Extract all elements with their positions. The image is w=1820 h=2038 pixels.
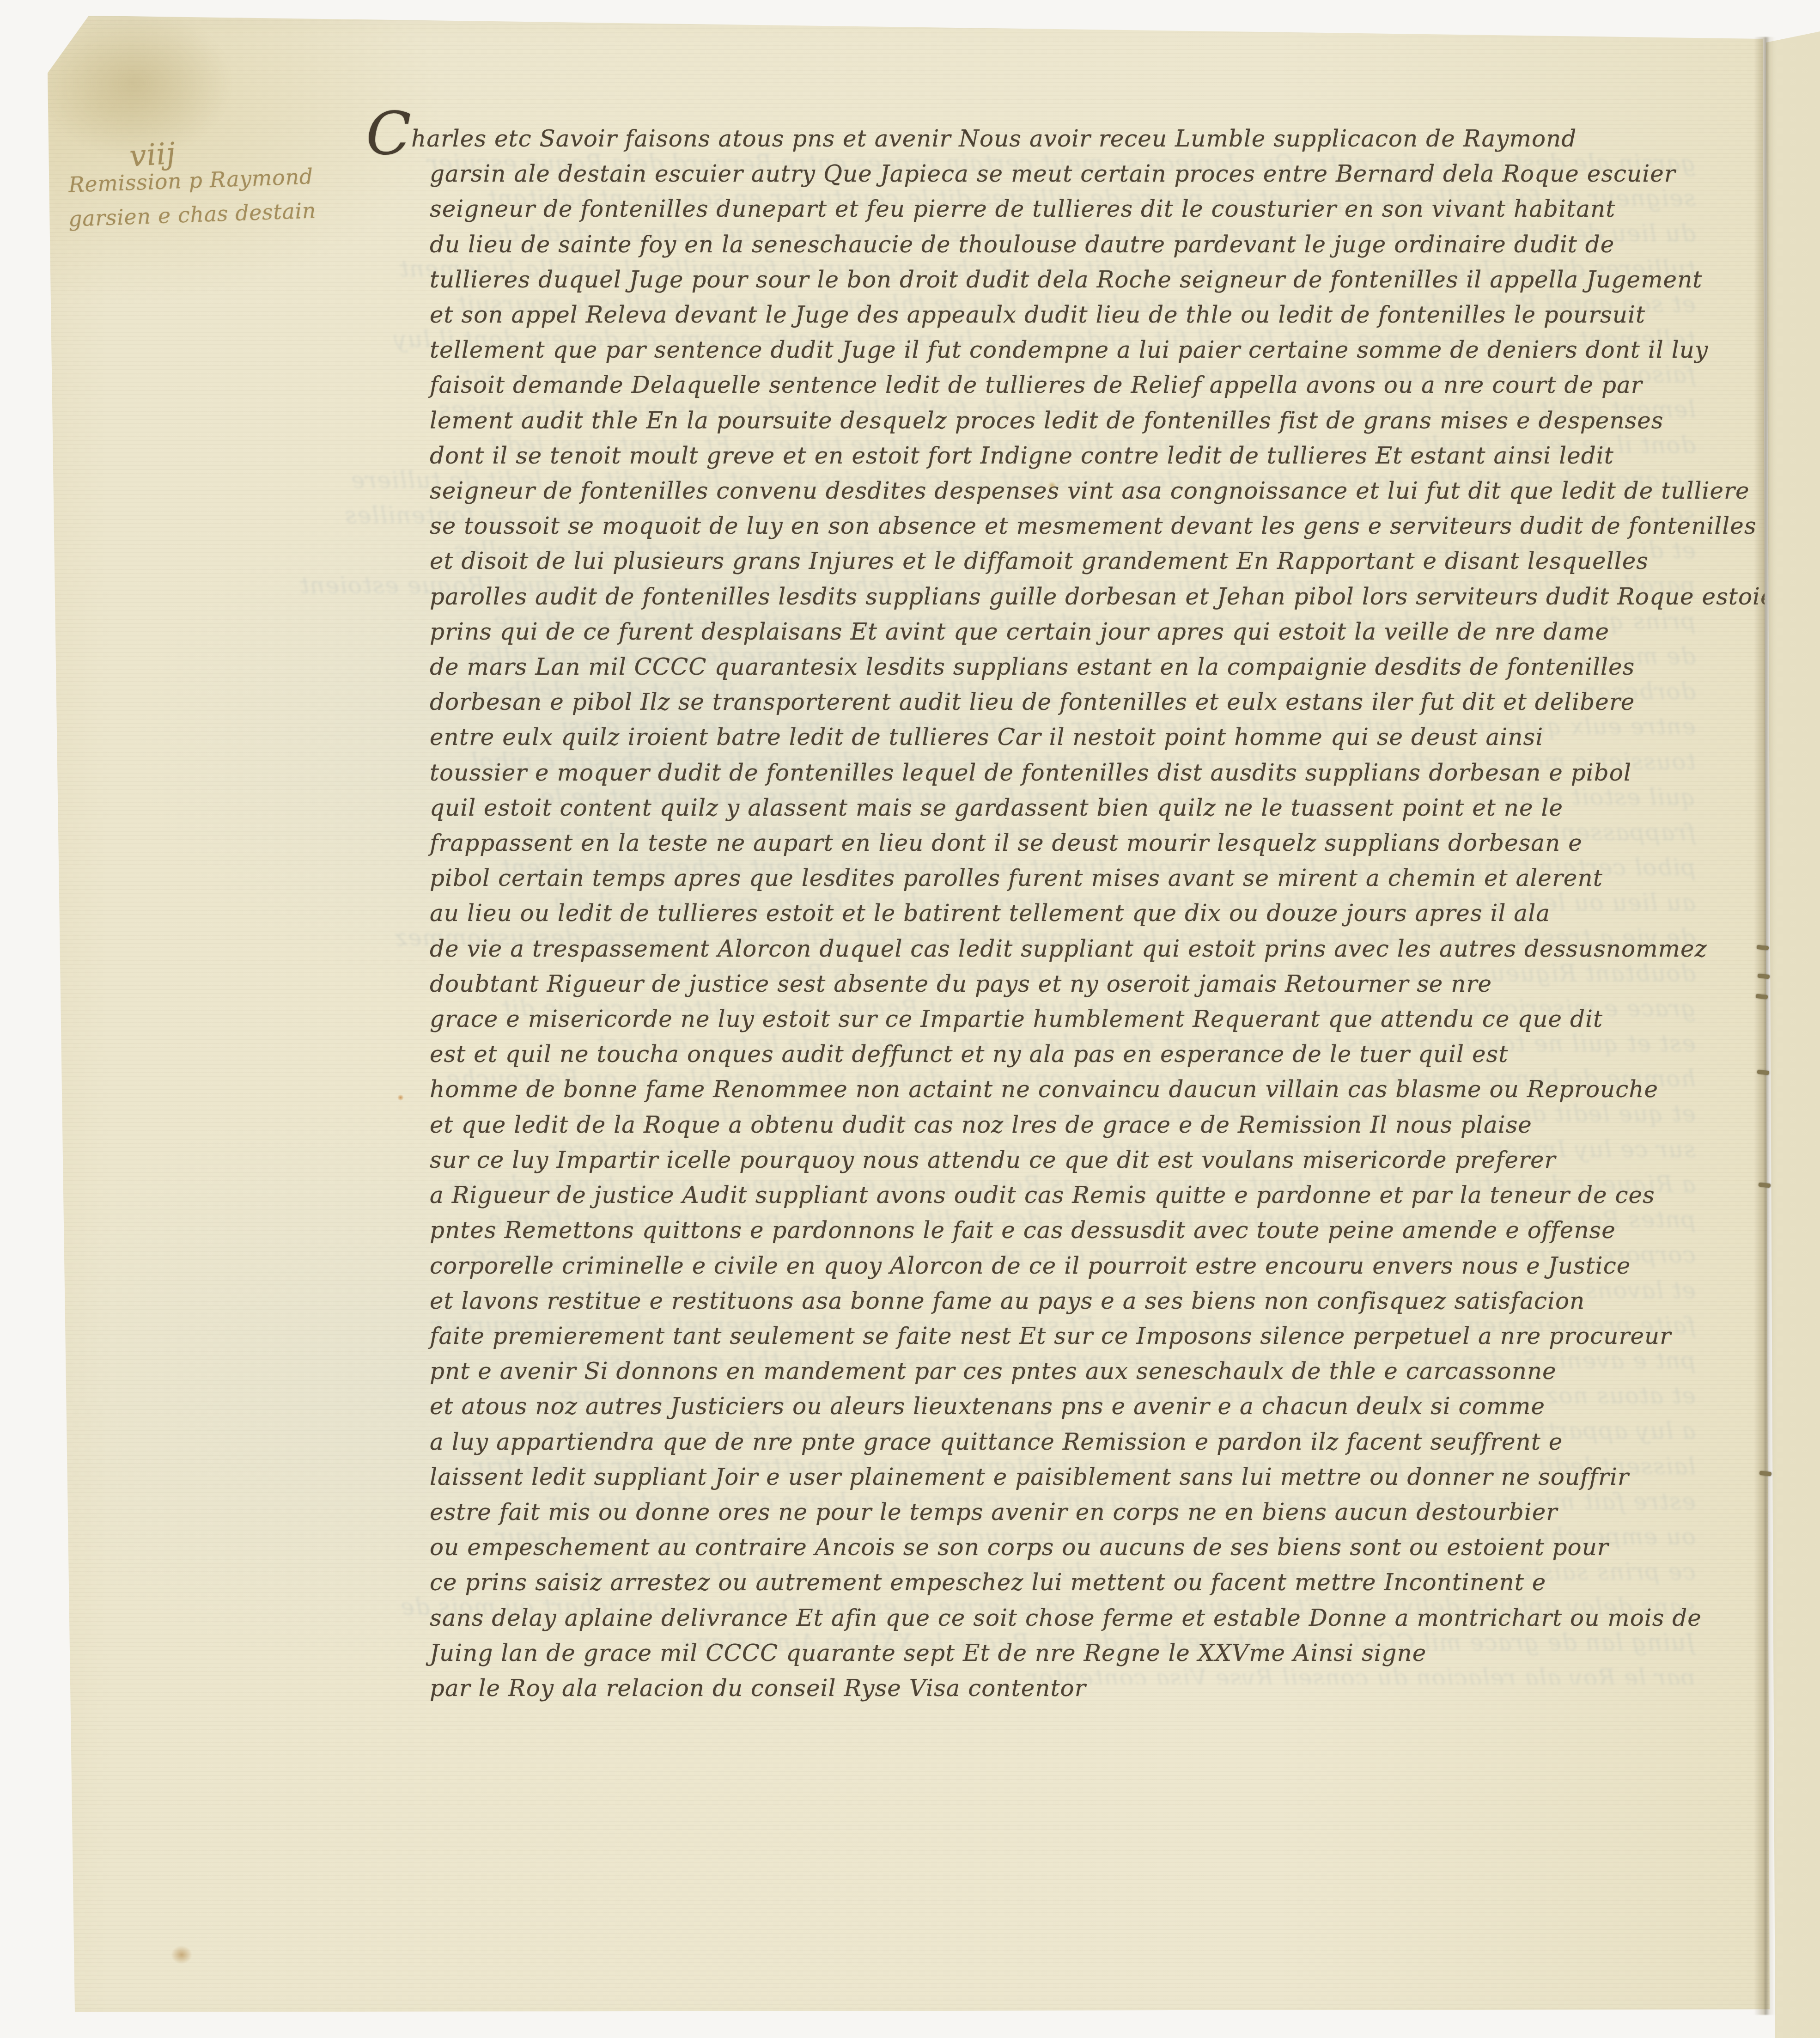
letter-line: et disoit de lui plusieurs grans Injures…	[430, 543, 1650, 579]
letter-line: prins qui de ce furent desplaisans Et av…	[430, 614, 1650, 649]
letter-line: toussier e moquer dudit de fontenilles l…	[430, 755, 1650, 790]
letter-line: ce prins saisiz arrestez ou autrement em…	[430, 1565, 1650, 1600]
first-line-text: harles etc Savoir faisons atous pns et a…	[411, 125, 1577, 152]
letter-line: frappassent en la teste ne aupart en lie…	[430, 825, 1650, 860]
letter-line: doubtant Rigueur de justice sest absente…	[430, 966, 1650, 1001]
letter-line: laissent ledit suppliant Joir e user pla…	[430, 1459, 1650, 1495]
letter-line: grace e misericorde ne luy estoit sur ce…	[430, 1001, 1650, 1037]
gutter-fold	[1754, 37, 1775, 2015]
letter-line: parolles audit de fontenilles lesdits su…	[430, 579, 1650, 614]
letter-line: dorbesan e pibol Ilz se transporterent a…	[430, 684, 1650, 720]
letter-line: au lieu ou ledit de tullieres estoit et …	[430, 896, 1650, 931]
letter-line: dont il se tenoit moult greve et en esto…	[430, 438, 1650, 473]
letter-line: de vie a trespassement Alorcon duquel ca…	[430, 931, 1650, 966]
letter-line: tellement que par sentence dudit Juge il…	[430, 332, 1650, 367]
opening-initial: C	[366, 99, 411, 168]
letter-line: tullieres duquel Juge pour sour le bon d…	[430, 262, 1650, 297]
letter-line: a luy appartiendra que de nre pnte grace…	[430, 1424, 1650, 1459]
stain-spot	[171, 1946, 192, 1964]
letter-body: garsin ale destain escuier autry Que Jap…	[430, 156, 1650, 1706]
letter-line: estre fait mis ou donne ores ne pour le …	[430, 1495, 1650, 1530]
stain-spot	[397, 1094, 404, 1101]
letter-line: ou empeschement au contraire Ancois se s…	[430, 1530, 1650, 1565]
letter-line: pnt e avenir Si donnons en mandement par…	[430, 1354, 1650, 1389]
letter-line: faite premierement tant seulement se fai…	[430, 1318, 1650, 1354]
letter-line: quil estoit content quilz y alassent mai…	[430, 790, 1650, 825]
letter-line: entre eulx quilz iroient batre ledit de …	[430, 720, 1650, 755]
manuscript-photo: garsin ale destain escuier autry Que Jap…	[0, 0, 1820, 2038]
letter-line: corporelle criminelle e civile en quoy A…	[430, 1248, 1650, 1283]
letter-line: et lavons restitue e restituons asa bonn…	[430, 1283, 1650, 1318]
letter-line: et atous noz autres Justiciers ou aleurs…	[430, 1389, 1650, 1424]
letter-line: a Rigueur de justice Audit suppliant avo…	[430, 1178, 1650, 1213]
letter-line: se toussoit se moquoit de luy en son abs…	[430, 508, 1650, 543]
letter-line: de mars Lan mil CCCC quarantesix lesdits…	[430, 649, 1650, 684]
letter-line: seigneur de fontenilles dunepart et feu …	[430, 191, 1650, 226]
letter-line: pntes Remettons quittons e pardonnons le…	[430, 1213, 1650, 1248]
letter-line: Juing lan de grace mil CCCC quarante sep…	[430, 1635, 1650, 1671]
letter-line: faisoit demande Delaquelle sentence ledi…	[430, 367, 1650, 403]
letter-text: Charles etc Savoir faisons atous pns et …	[430, 121, 1650, 1706]
letter-line: par le Roy ala relacion du conseil Ryse …	[430, 1671, 1650, 1706]
letter-line: sur ce luy Impartir icelle pourquoy nous…	[430, 1142, 1650, 1178]
letter-line: sans delay aplaine delivrance Et afin qu…	[430, 1600, 1650, 1635]
letter-line: et son appel Releva devant le Juge des a…	[430, 297, 1650, 332]
letter-line: garsin ale destain escuier autry Que Jap…	[430, 156, 1650, 191]
letter-line: du lieu de sainte foy en la seneschaucie…	[430, 227, 1650, 262]
letter-line: pibol certain temps apres que lesdites p…	[430, 860, 1650, 896]
letter-line: est et quil ne toucha onques audit deffu…	[430, 1037, 1650, 1072]
letter-line: lement audit thle En la poursuite desque…	[430, 403, 1650, 438]
letter-line: homme de bonne fame Renommee non actaint…	[430, 1072, 1650, 1107]
parchment-page: garsin ale destain escuier autry Que Jap…	[0, 0, 1820, 2038]
letter-line: et que ledit de la Roque a obtenu dudit …	[430, 1107, 1650, 1142]
letter-first-line: Charles etc Savoir faisons atous pns et …	[366, 121, 1650, 156]
letter-line: seigneur de fontenilles convenu desdites…	[430, 473, 1650, 508]
margin-note: viij Remission p Raymond garsien e chas …	[68, 135, 355, 231]
